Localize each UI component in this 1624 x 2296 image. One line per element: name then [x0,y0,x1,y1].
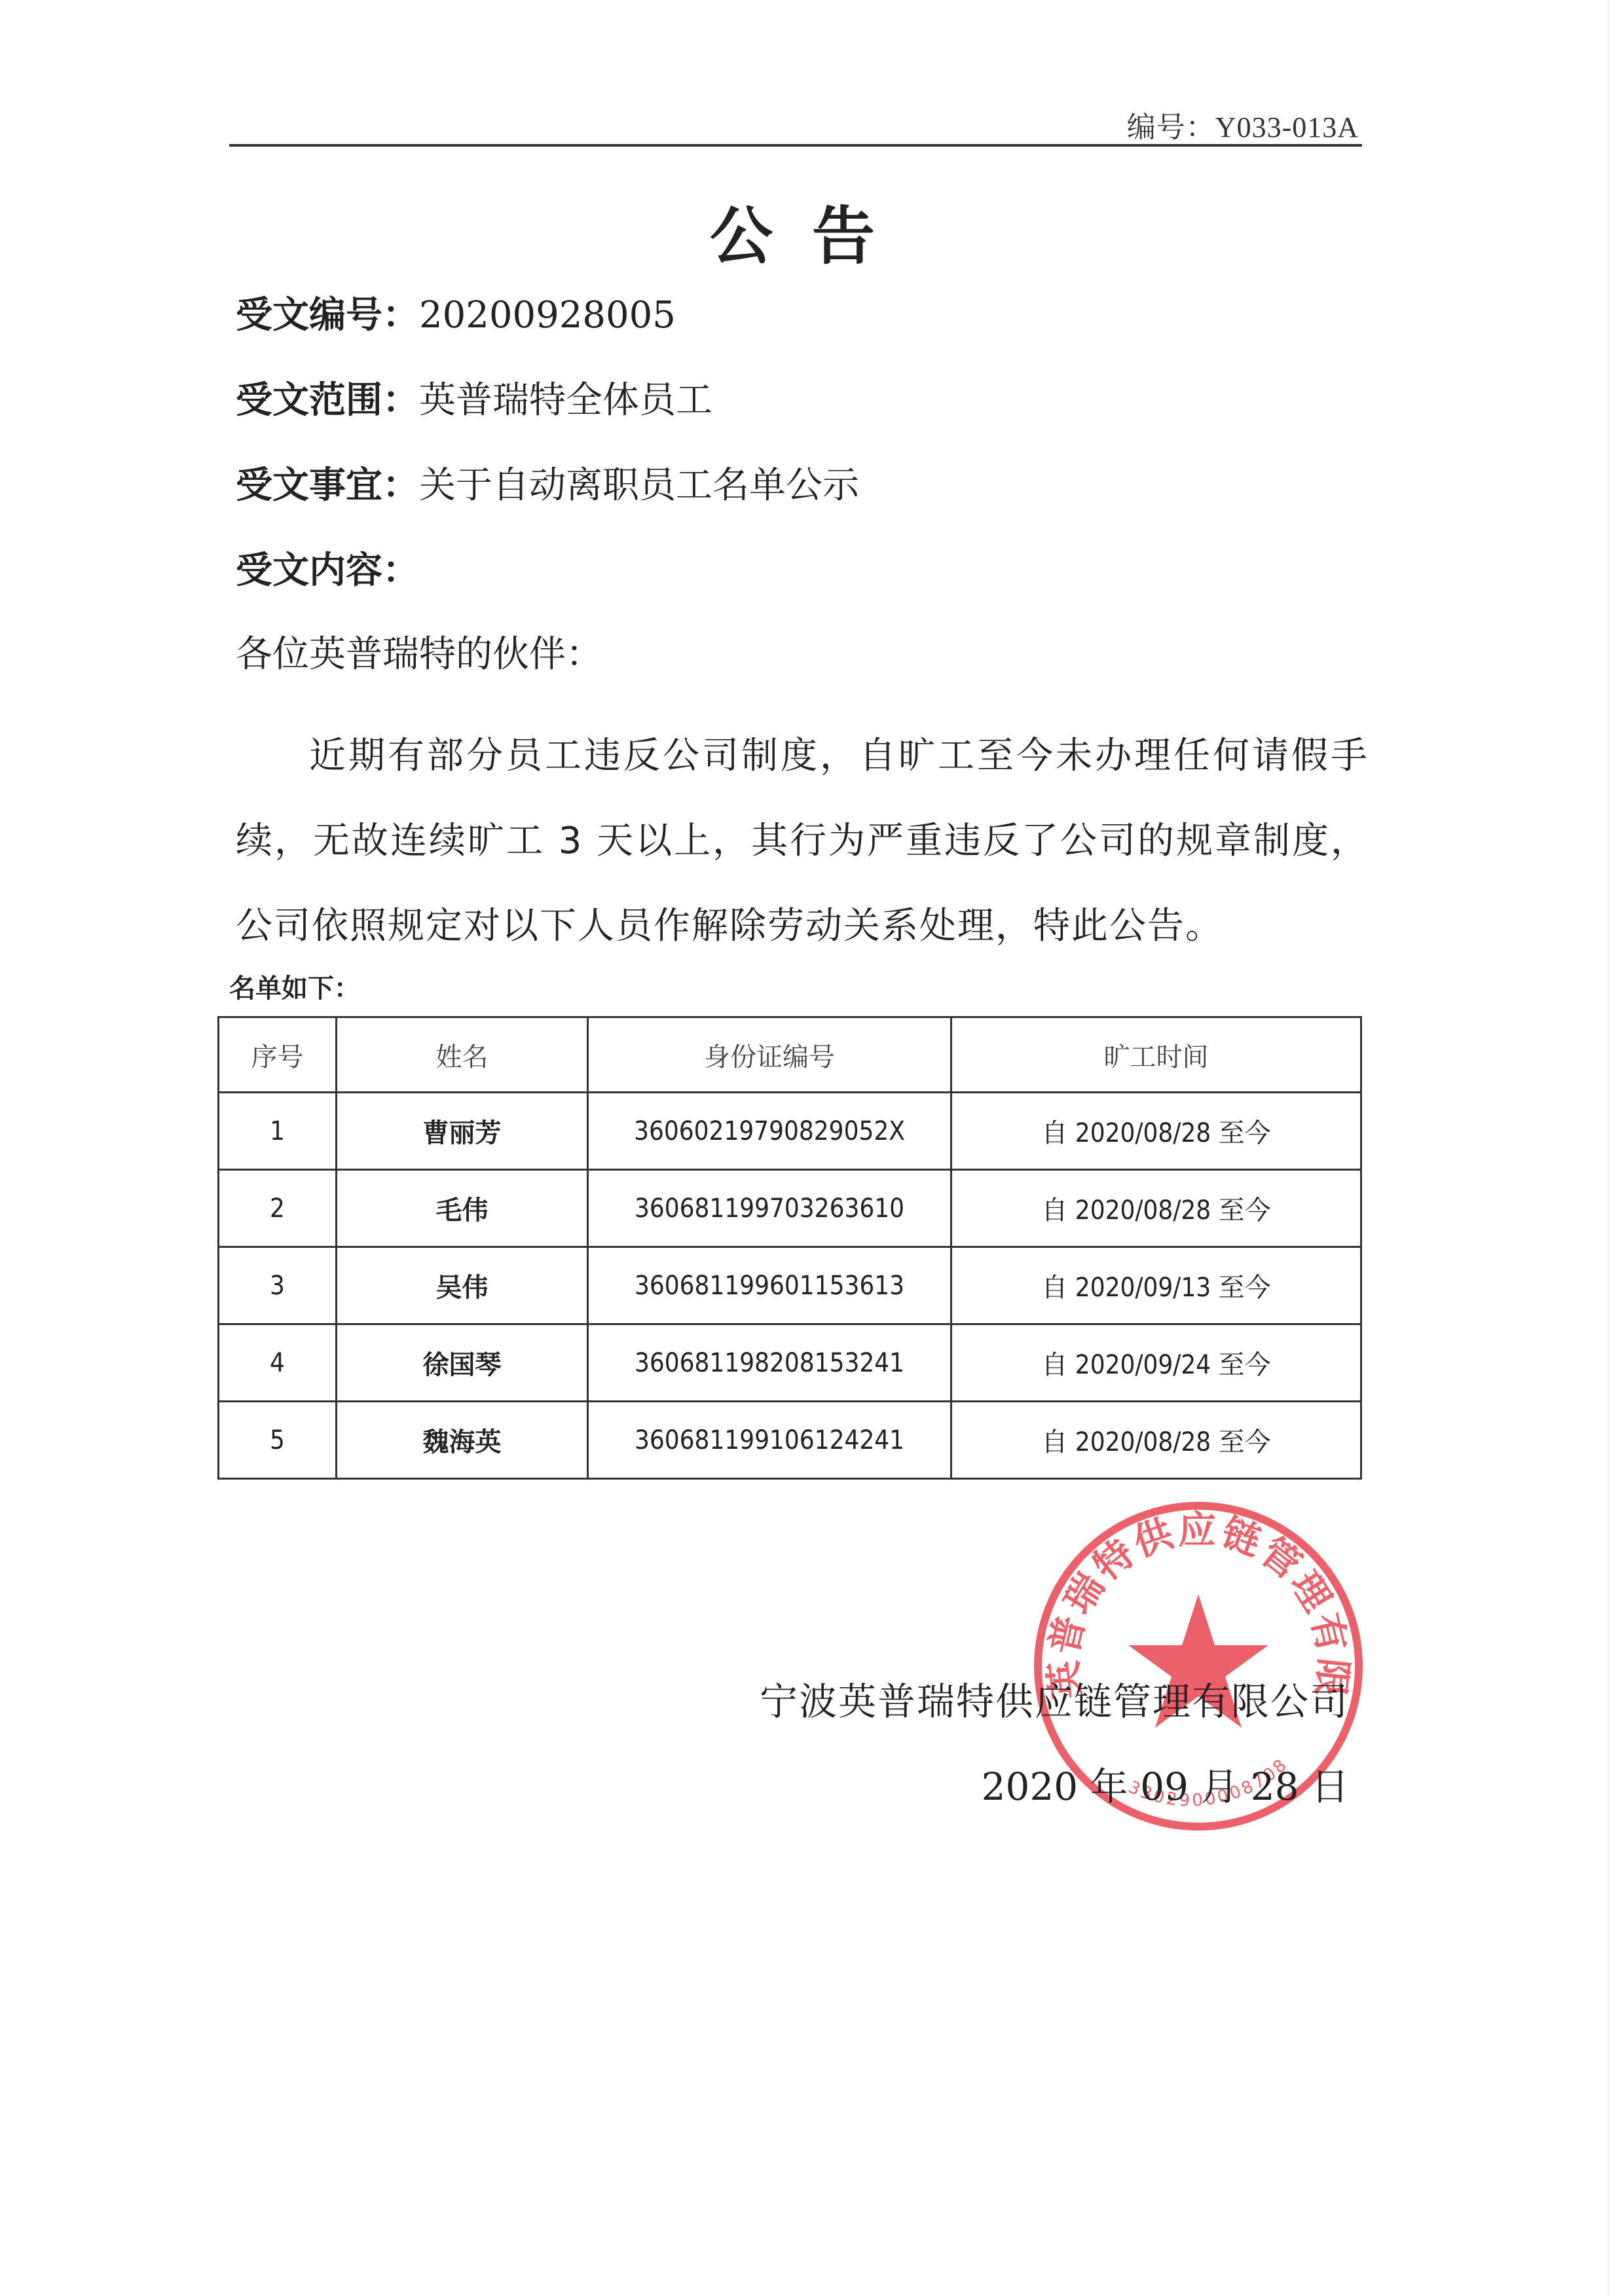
field-value: 20200928005 [419,294,676,337]
cell-absence: 自 2020/09/13 至今 [951,1247,1361,1324]
cell-id: 36060219790829052X [588,1093,951,1170]
cell-id: 360681199601153613 [588,1247,951,1324]
scan-edge-line [1608,0,1609,2296]
cell-absence: 自 2020/09/24 至今 [951,1324,1361,1402]
cell-seq: 2 [219,1170,337,1247]
cell-absence: 自 2020/08/28 至今 [951,1402,1361,1479]
table-header-row: 序号 姓名 身份证编号 旷工时间 [219,1017,1361,1093]
cell-seq: 3 [219,1247,337,1324]
body-paragraph: 近期有部分员工违反公司制度，自旷工至今未办理任何请假手续，无故连续旷工 3 天以… [236,714,1369,969]
employee-table: 序号 姓名 身份证编号 旷工时间 1 曹丽芳 36060219790829052… [217,1016,1362,1480]
cell-name: 曹丽芳 [337,1093,588,1170]
page-title: 公告 [0,187,1624,276]
cell-seq: 5 [219,1402,337,1479]
cell-absence: 自 2020/08/28 至今 [951,1170,1361,1247]
greeting: 各位英普瑞特的伙伴： [236,629,602,681]
table-row: 3 吴伟 360681199601153613 自 2020/09/13 至今 [219,1247,1361,1324]
cell-id: 360681198208153241 [588,1324,951,1402]
header-name: 姓名 [337,1017,588,1093]
field-value: 关于自动离职员工名单公示 [419,464,859,507]
table-row: 1 曹丽芳 36060219790829052X 自 2020/08/28 至今 [219,1093,1361,1170]
cell-id: 360681199106124241 [588,1402,951,1479]
field-subject: 受文事宜：关于自动离职员工名单公示 [236,460,859,512]
field-doc-number: 受文编号：20200928005 [236,289,676,342]
cell-name: 魏海英 [337,1402,588,1479]
header-seq: 序号 [219,1017,337,1093]
cell-name: 徐国琴 [337,1324,588,1402]
list-label: 名单如下： [229,968,360,1005]
header-id: 身份证编号 [588,1017,951,1093]
table-row: 5 魏海英 360681199106124241 自 2020/08/28 至今 [219,1402,1361,1479]
signature-date: 2020 年 09 月 28 日 [982,1756,1349,1811]
document-number-label: 编号： [1127,111,1215,143]
field-label: 受文范围： [236,379,419,422]
field-label: 受文内容： [236,549,419,592]
table-row: 2 毛伟 360681199703263610 自 2020/08/28 至今 [219,1170,1361,1247]
cell-name: 毛伟 [337,1170,588,1247]
table-row: 4 徐国琴 360681198208153241 自 2020/09/24 至今 [219,1324,1361,1402]
document-number: 编号：Y033-013A [1127,103,1359,145]
field-content: 受文内容： [236,545,419,597]
cell-seq: 1 [219,1093,337,1170]
cell-name: 吴伟 [337,1247,588,1324]
field-label: 受文编号： [236,294,419,337]
cell-seq: 4 [219,1324,337,1402]
document-number-value: Y033-013A [1215,111,1359,143]
cell-id: 360681199703263610 [588,1170,951,1247]
field-scope: 受文范围：英普瑞特全体员工 [236,374,712,427]
field-value: 英普瑞特全体员工 [419,379,712,422]
signature-company: 宁波英普瑞特供应链管理有限公司 [760,1671,1349,1726]
header-rule [229,144,1362,147]
field-label: 受文事宜： [236,464,419,507]
header-absence: 旷工时间 [951,1017,1361,1093]
cell-absence: 自 2020/08/28 至今 [951,1093,1361,1170]
